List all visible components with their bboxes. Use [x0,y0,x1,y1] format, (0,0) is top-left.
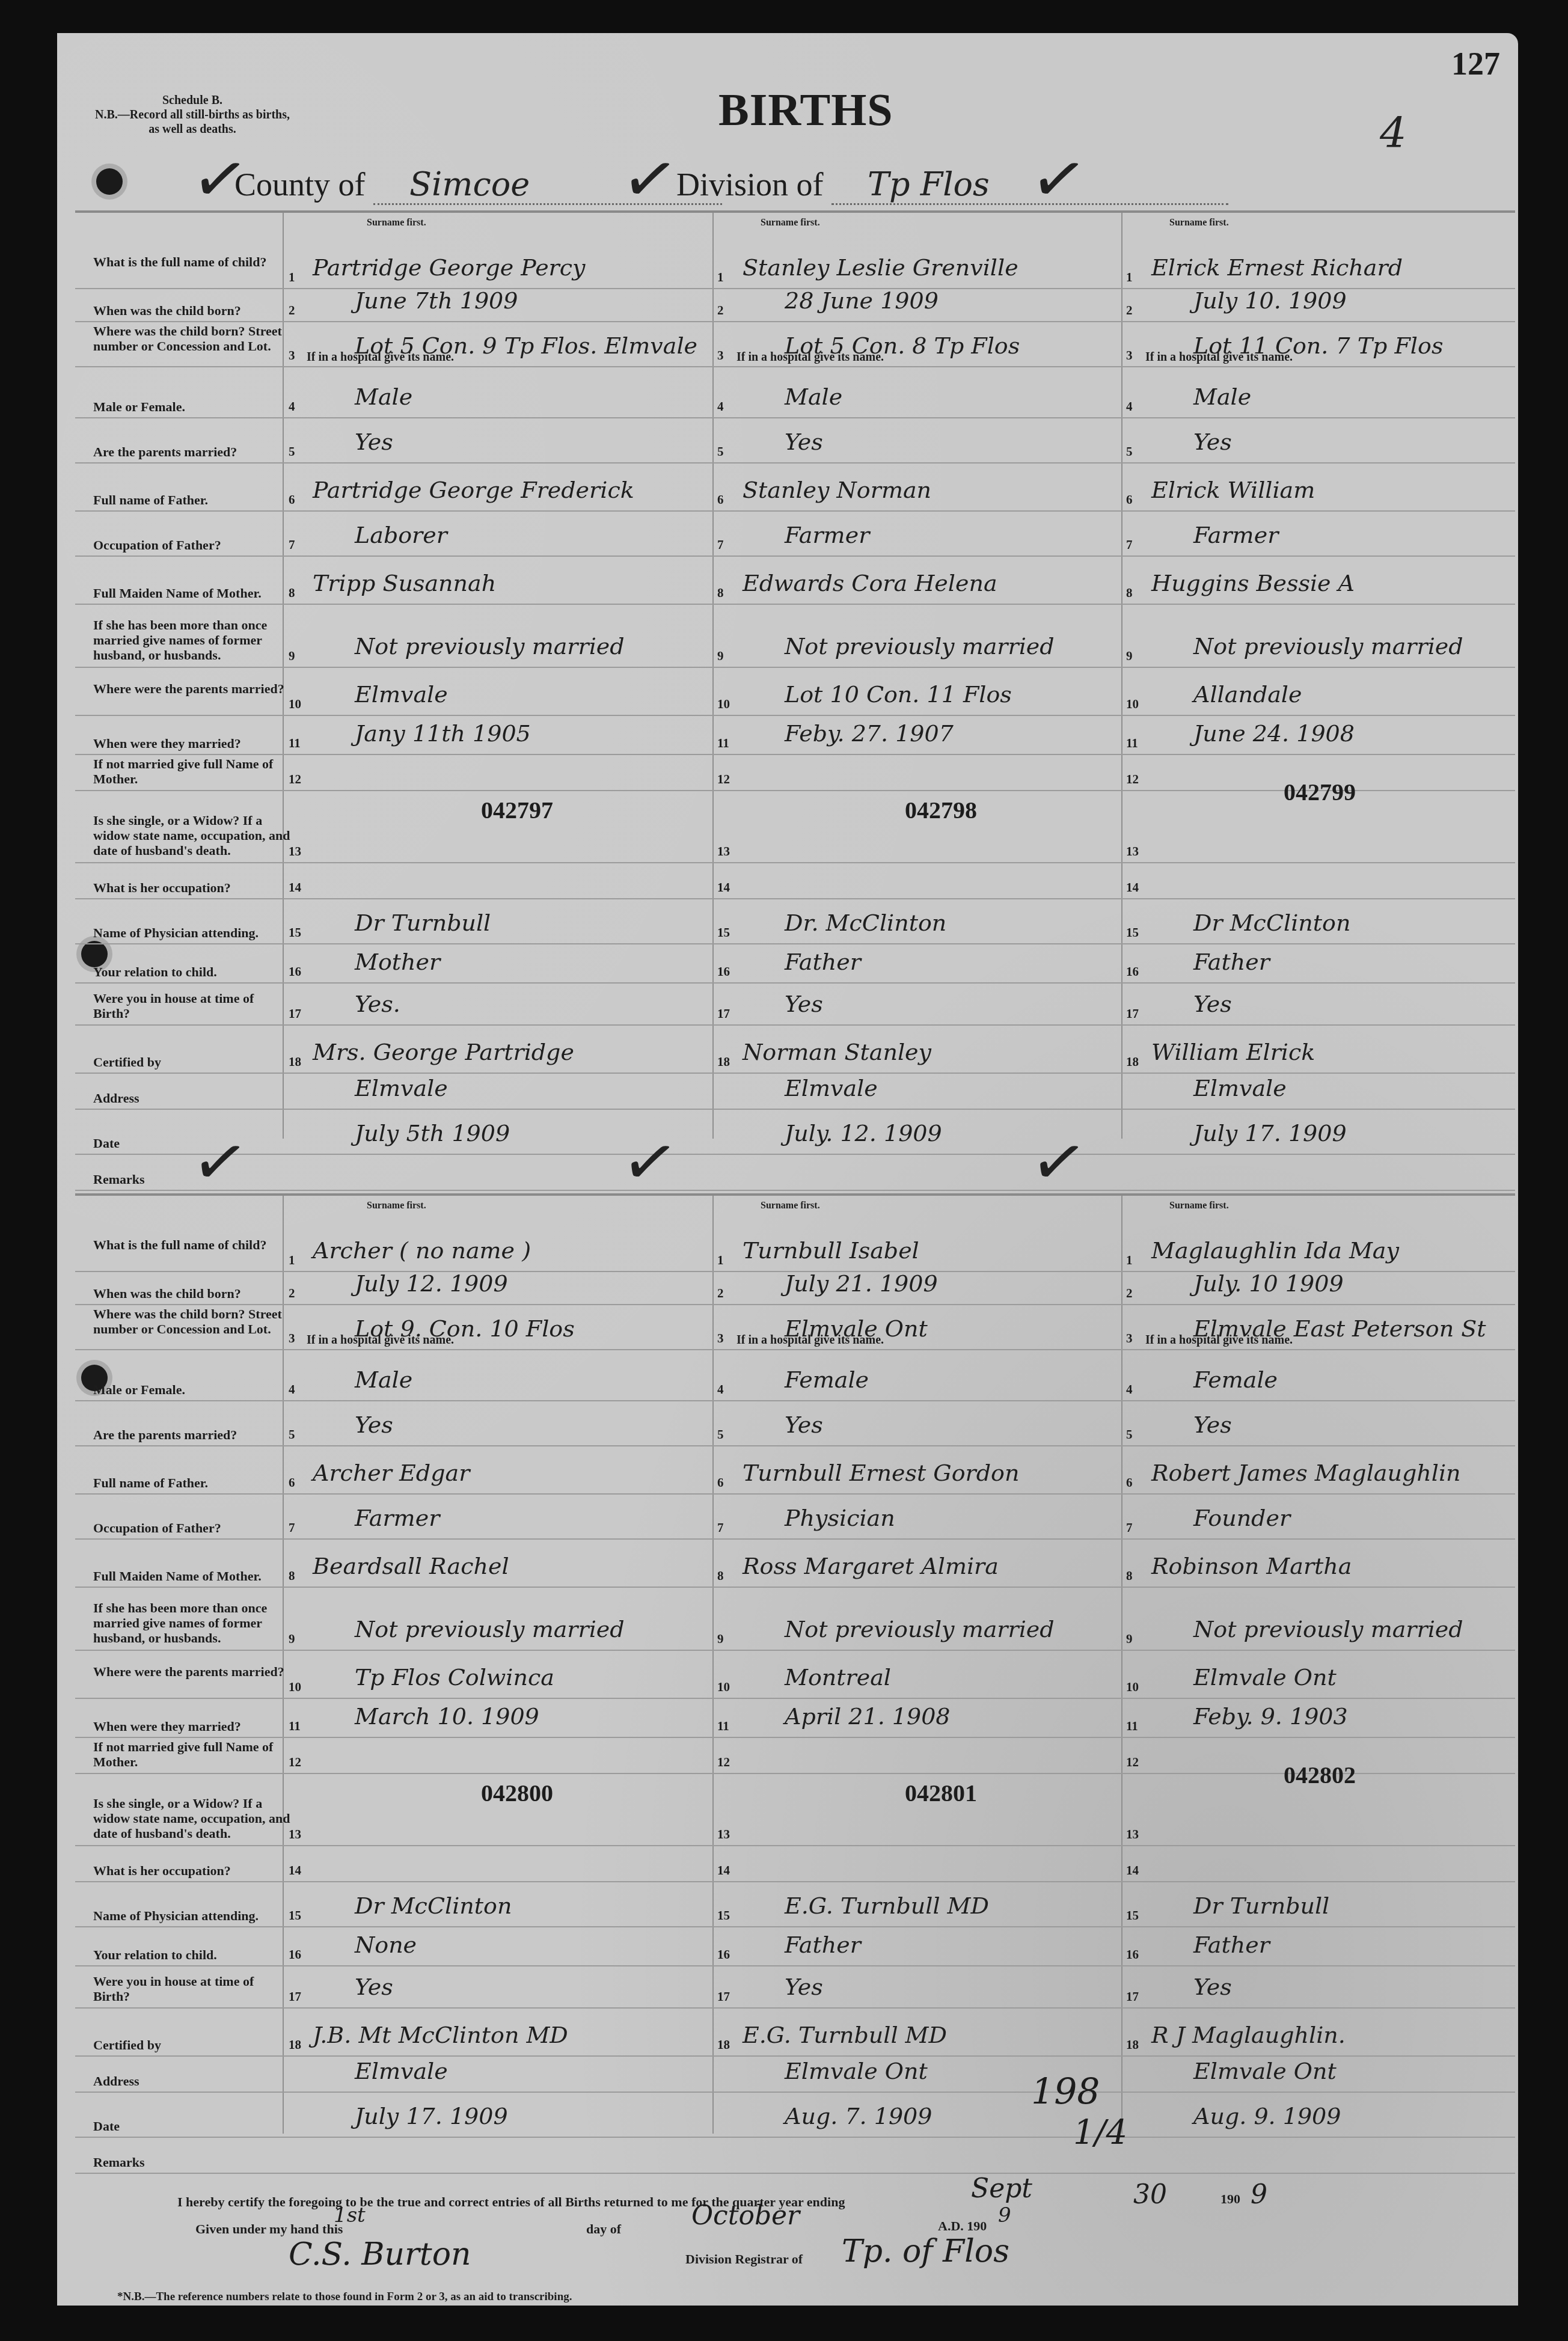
question-label: Full Maiden Name of Mother. [93,586,292,601]
row-number: 17 [289,1989,301,2004]
row-number: 1 [1126,270,1133,285]
entry-father: Robert James Maglaughlin [1151,1460,1461,1486]
form-row: DateJuly 17. 1909Aug. 7. 1909Aug. 9. 190… [75,2092,1515,2138]
row-number: 2 [717,303,724,318]
row-number: 13 [1126,1827,1139,1842]
row-number: 18 [289,2037,301,2052]
entry-marriage-place: Elmvale Ont [1193,1664,1337,1691]
entry-address: Elmvale Ont [785,2058,928,2084]
entry-in-house: Yes [785,991,823,1017]
question-label: Date [93,2119,292,2134]
entry-sex: Male [1193,384,1251,410]
page-number: 127 [1451,45,1500,82]
row-number: 12 [289,1755,301,1770]
row-number: 3 [1126,348,1133,363]
division-label: Division of [676,167,824,203]
entry-marriage-place: Lot 10 Con. 11 Flos [785,681,1012,708]
page-title: BIRTHS [718,84,893,136]
row-number: 9 [289,649,295,664]
row-number: 5 [1126,444,1133,459]
quarter-year-prefix: 190 [1220,2191,1240,2207]
question-label: Are the parents married? [93,444,292,459]
form-row: Are the parents married?5Yes5Yes5Yes [75,1400,1515,1446]
row-number: 9 [1126,649,1133,664]
entry-parents-married: Yes [785,429,823,455]
entry-father: Stanley Norman [743,477,931,503]
form-row: Remarks [75,2137,1515,2174]
question-label: Occupation of Father? [93,1520,292,1535]
form-row: Name of Physician attending.15Dr Turnbul… [75,898,1515,944]
form-row: Were you in house at time of Birth?17Yes… [75,1965,1515,2009]
row-number: 3 [289,348,295,363]
row-number: 18 [1126,1054,1139,1070]
entry-in-house: Yes [355,1974,393,2000]
question-label: Full name of Father. [93,492,292,507]
entry-parents-married: Yes [785,1412,823,1438]
row-number: 10 [1126,697,1139,712]
entry-relation: Father [785,949,861,975]
row-number: 11 [1126,1719,1138,1734]
row-number: 6 [717,1475,724,1490]
row-number: 7 [289,537,295,552]
row-number: 5 [717,1427,724,1442]
entry-relation: Mother [355,949,440,975]
form-row: If she has been more than once married g… [75,604,1515,668]
form-row: Is she single, or a Widow? If a widow st… [75,790,1515,863]
form-row: Where was the child born? Street number … [75,1304,1515,1350]
tally-fraction: 1/4 [1073,2113,1127,2152]
row-number: 8 [289,586,295,601]
row-number: 8 [1126,586,1133,601]
entry-sex: Male [355,384,412,410]
hospital-hint: If in a hospital give its name. [307,1333,454,1347]
entry-sex: Female [1193,1366,1278,1393]
row-number: 16 [1126,1947,1139,1962]
row-number: 12 [1126,1755,1139,1770]
row-number: 12 [1126,772,1139,787]
row-number: 2 [289,1286,295,1301]
entries-block-bottom: Surname first.Surname first.Surname firs… [75,1193,1515,2134]
row-number: 17 [717,1989,730,2004]
row-number: 1 [1126,1253,1133,1268]
row-number: 2 [289,303,295,318]
entry-parents-married: Yes [1193,429,1232,455]
row-number: 8 [717,586,724,601]
tally-count: 198 [1031,2071,1100,2113]
question-label: Occupation of Father? [93,537,292,552]
reference-number: 042802 [1284,1761,1356,1789]
form-row: AddressElmvaleElmvaleElmvale [75,1073,1515,1110]
row-number: 14 [1126,880,1139,895]
row-number: 6 [289,492,295,507]
tally-mark: 1981/4 [1031,2071,1127,2152]
form-row: AddressElmvaleElmvale OntElmvale Ont [75,2055,1515,2093]
form-row: DateJuly 5th 1909July. 12. 1909July 17. … [75,1109,1515,1155]
row-number: 13 [717,1827,730,1842]
entry-relation: None [355,1932,417,1958]
entry-child-name: Elrick Ernest Richard [1151,254,1403,281]
entry-in-house: Yes [785,1974,823,2000]
entry-sex: Male [785,384,842,410]
entry-date: July 5th 1909 [355,1120,510,1146]
registrar-signature: C.S. Burton [289,2236,471,2272]
entry-father: Archer Edgar [313,1460,470,1486]
hospital-hint: If in a hospital give its name. [737,1333,884,1347]
entry-born-date: 28 June 1909 [785,287,939,314]
entry-address: Elmvale [1193,1075,1287,1101]
row-number: 6 [289,1475,295,1490]
row-number: 16 [717,1947,730,1962]
form-row: Certified by18J.B. Mt McClinton MD18E.G.… [75,2007,1515,2057]
surname-first-hint: Surname first. [367,1201,426,1211]
question-label: Male or Female. [93,1382,292,1397]
surname-first-hint: Surname first. [761,1201,820,1211]
row-number: 9 [289,1632,295,1647]
form-row: Full name of Father.6Archer Edgar6Turnbu… [75,1445,1515,1495]
row-number: 11 [1126,736,1138,751]
entry-parents-married: Yes [1193,1412,1232,1438]
form-row: When was the child born?2June 7th 190922… [75,288,1515,322]
question-label: Where were the parents married? [93,681,292,696]
question-label: Full name of Father. [93,1475,292,1490]
form-row: Certified by18Mrs. George Partridge18Nor… [75,1024,1515,1074]
row-number: 8 [717,1568,724,1584]
row-number: 18 [717,2037,730,2052]
ad-label: A.D. 190 [938,2218,987,2234]
punch-hole [96,168,123,195]
row-number: 4 [717,399,724,414]
form-row: When were they married?11Jany 11th 19051… [75,715,1515,755]
row-number: 10 [1126,1680,1139,1695]
row-number: 18 [717,1054,730,1070]
form-row: Are the parents married?5Yes5Yes5Yes [75,417,1515,464]
question-label: Where was the child born? Street number … [93,1306,292,1336]
entry-former-husbands: Not previously married [1193,633,1463,659]
entry-certified-by: E.G. Turnbull MD [743,2022,947,2048]
surname-first-hint: Surname first. [1169,1201,1229,1211]
entry-marriage-place: Allandale [1193,681,1302,708]
row-number: 16 [717,964,730,979]
registrar-division: Tp. of Flos [842,2233,1009,2269]
row-number: 11 [717,1719,729,1734]
schedule-label: Schedule B. [93,93,292,108]
row-number: 1 [289,270,295,285]
row-number: 16 [289,1947,301,1962]
reference-number: 042798 [905,796,977,824]
entry-physician: Dr McClinton [1193,910,1350,936]
entry-marriage-place: Elmvale [355,681,448,708]
entry-address: Elmvale Ont [1193,2058,1337,2084]
row-number: 5 [289,1427,295,1442]
question-label: What is the full name of child? [93,1237,292,1252]
row-number: 13 [289,844,301,859]
question-label: Your relation to child. [93,1947,292,1962]
entry-child-name: Stanley Leslie Grenville [743,254,1018,281]
form-row: When was the child born?2July 12. 19092J… [75,1271,1515,1305]
question-label: What is her occupation? [93,880,292,895]
row-number: 11 [289,1719,301,1734]
entry-marriage-place: Montreal [785,1664,891,1691]
form-row: What is her occupation?141414 [75,862,1515,899]
ad-year-suffix: 9 [998,2203,1011,2227]
row-number: 9 [1126,1632,1133,1647]
entries-block-top: Surname first.Surname first.Surname firs… [75,210,1515,1139]
checkmark-icon: ✓ [186,136,254,222]
question-label: Full Maiden Name of Mother. [93,1568,292,1584]
row-number: 12 [289,772,301,787]
entry-born-date: July. 10 1909 [1193,1270,1344,1297]
row-number: 15 [717,925,730,940]
entry-child-name: Archer ( no name ) [313,1237,531,1264]
row-number: 5 [717,444,724,459]
row-number: 2 [1126,1286,1133,1301]
entry-mother-maiden: Huggins Bessie A [1151,570,1355,596]
row-number: 10 [289,697,301,712]
form-row: Where were the parents married?10Elmvale… [75,667,1515,716]
entry-child-name: Turnbull Isabel [743,1237,919,1264]
entry-father-occupation: Farmer [1193,522,1278,548]
entry-sex: Female [785,1366,869,1393]
question-label: Certified by [93,2037,292,2052]
surname-first-hint: Surname first. [761,218,820,228]
form-row: Full name of Father.6Partridge George Fr… [75,462,1515,512]
form-row: Occupation of Father?7Farmer7Physician7F… [75,1493,1515,1540]
surname-first-hint: Surname first. [1169,218,1229,228]
question-label: If not married give full Name of Mother. [93,1739,292,1769]
entry-mother-maiden: Ross Margaret Almira [743,1553,999,1579]
reference-number: 042799 [1284,778,1356,806]
county-label: County of [234,167,366,203]
entry-date: July 17. 1909 [1193,1120,1347,1146]
row-number: 3 [289,1331,295,1346]
registrar-label: Division Registrar of [685,2251,803,2267]
question-label: When was the child born? [93,303,292,318]
entry-certified-by: J.B. Mt McClinton MD [313,2022,568,2048]
form-row: Were you in house at time of Birth?17Yes… [75,982,1515,1026]
entry-former-husbands: Not previously married [785,1616,1055,1642]
entry-address: Elmvale [355,2058,448,2084]
form-row: Where were the parents married?10Tp Flos… [75,1650,1515,1699]
given-text: Given under my hand this [195,2221,343,2237]
row-number: 10 [717,697,730,712]
form-row: Your relation to child.16None16Father16F… [75,1926,1515,1966]
row-number: 11 [289,736,301,751]
question-label: If not married give full Name of Mother. [93,756,292,786]
row-number: 17 [289,1006,301,1021]
given-month: October [691,2200,800,2231]
entry-child-name: Partridge George Percy [313,254,586,281]
row-number: 8 [289,1568,295,1584]
form-row: Name of Physician attending.15Dr McClint… [75,1881,1515,1927]
entry-former-husbands: Not previously married [355,633,625,659]
row-number: 13 [1126,844,1139,859]
row-number: 14 [289,880,301,895]
row-number: 4 [1126,1382,1133,1397]
row-number: 1 [717,1253,724,1268]
entry-date: July 17. 1909 [355,2103,508,2129]
checkmark-icon: ✓ [1025,136,1093,222]
entry-father-occupation: Farmer [785,522,869,548]
entry-in-house: Yes [1193,991,1232,1017]
row-number: 15 [1126,1908,1139,1923]
entry-relation: Father [785,1932,861,1958]
form-row: Male or Female.4Male4Female4Female [75,1349,1515,1401]
entry-mother-maiden: Edwards Cora Helena [743,570,997,596]
row-number: 1 [717,270,724,285]
hospital-hint: If in a hospital give its name. [1145,350,1293,364]
checkmark-icon: ✓ [616,136,684,222]
row-number: 1 [289,1253,295,1268]
form-row: What is the full name of child?1Partridg… [75,231,1515,289]
entry-marriage-date: Feby. 27. 1907 [785,720,954,747]
row-number: 5 [1126,1427,1133,1442]
entry-born-date: July 12. 1909 [355,1270,508,1297]
entry-former-husbands: Not previously married [785,633,1055,659]
row-number: 4 [717,1382,724,1397]
row-number: 8 [1126,1568,1133,1584]
row-number: 15 [289,925,301,940]
row-number: 9 [717,1632,724,1647]
entry-marriage-date: March 10. 1909 [355,1703,539,1730]
question-label: Were you in house at time of Birth? [93,1974,292,2004]
form-row: Where was the child born? Street number … [75,321,1515,367]
entry-father-occupation: Physician [785,1505,895,1531]
entry-mother-maiden: Tripp Susannah [313,570,496,596]
entry-date: Aug. 7. 1909 [785,2103,932,2129]
entry-physician: Dr McClinton [355,1893,512,1919]
question-label: If she has been more than once married g… [93,1600,292,1645]
entry-relation: Father [1193,1932,1270,1958]
schedule-note: Schedule B. N.B.—Record all still-births… [93,93,292,136]
row-number: 14 [717,1863,730,1878]
row-number: 14 [717,880,730,895]
entry-certified-by: William Elrick [1151,1039,1315,1065]
question-label: Were you in house at time of Birth? [93,991,292,1021]
row-number: 14 [289,1863,301,1878]
entry-in-house: Yes. [355,991,400,1017]
row-number: 4 [1126,399,1133,414]
entry-born-date: June 7th 1909 [355,287,518,314]
question-label: Where was the child born? Street number … [93,323,292,353]
question-label: Certified by [93,1054,292,1070]
row-number: 11 [717,736,729,751]
row-number: 2 [1126,303,1133,318]
surname-first-hint: Surname first. [367,218,426,228]
row-number: 14 [1126,1863,1139,1878]
entry-marriage-date: April 21. 1908 [785,1703,951,1730]
entry-marriage-date: June 24. 1908 [1193,720,1355,747]
form-row: Full Maiden Name of Mother.8Beardsall Ra… [75,1538,1515,1588]
form-row: What is the full name of child?1Archer (… [75,1214,1515,1272]
entry-relation: Father [1193,949,1270,975]
row-number: 10 [289,1680,301,1695]
row-number: 5 [289,444,295,459]
corner-mark: 4 [1380,108,1407,158]
row-number: 7 [717,537,724,552]
row-number: 18 [1126,2037,1139,2052]
entry-address: Elmvale [355,1075,448,1101]
row-number: 15 [1126,925,1139,940]
question-label: Remarks [93,2155,292,2170]
entry-certified-by: Mrs. George Partridge [313,1039,574,1065]
hospital-hint: If in a hospital give its name. [307,350,454,364]
entry-physician: E.G. Turnbull MD [785,1893,989,1919]
division-field: Division of Tp Flos [676,165,1228,205]
quarter-year-suffix: 9 [1251,2179,1267,2210]
quarter-month: Sept [971,2173,1032,2204]
question-label: If she has been more than once married g… [93,617,292,663]
entry-mother-maiden: Robinson Martha [1151,1553,1352,1579]
question-label: Name of Physician attending. [93,1908,292,1923]
form-row: Male or Female.4Male4Male4Male [75,366,1515,418]
row-number: 7 [1126,1520,1133,1535]
question-label: Name of Physician attending. [93,925,292,940]
row-number: 9 [717,649,724,664]
row-number: 17 [1126,1006,1139,1021]
row-number: 18 [289,1054,301,1070]
entry-father: Elrick William [1151,477,1315,503]
question-label: Your relation to child. [93,964,292,979]
entry-date: July. 12. 1909 [785,1120,942,1146]
form-row: Occupation of Father?7Laborer7Farmer7Far… [75,510,1515,557]
entry-father-occupation: Farmer [355,1505,439,1531]
reference-number: 042800 [481,1779,553,1807]
question-label: Male or Female. [93,399,292,414]
row-number: 15 [717,1908,730,1923]
row-number: 17 [1126,1989,1139,2004]
question-label: Is she single, or a Widow? If a widow st… [93,1796,292,1841]
row-number: 12 [717,772,730,787]
question-label: Is she single, or a Widow? If a widow st… [93,813,292,858]
question-label: Address [93,1091,292,1106]
row-number: 3 [717,1331,724,1346]
row-number: 12 [717,1755,730,1770]
entry-sex: Male [355,1366,412,1393]
question-label: What is the full name of child? [93,254,292,269]
form-row: What is her occupation?141414 [75,1845,1515,1882]
entry-born-date: July 21. 1909 [785,1270,938,1297]
row-number: 13 [717,844,730,859]
row-number: 13 [289,1827,301,1842]
question-label: When were they married? [93,1719,292,1734]
form-row: Is she single, or a Widow? If a widow st… [75,1773,1515,1846]
row-number: 6 [717,492,724,507]
row-number: 17 [717,1006,730,1021]
form-row: Your relation to child.16Mother16Father1… [75,943,1515,984]
entry-certified-by: Norman Stanley [743,1039,931,1065]
entry-former-husbands: Not previously married [1193,1616,1463,1642]
entry-father: Turnbull Ernest Gordon [743,1460,1019,1486]
row-number: 6 [1126,492,1133,507]
form-row: Remarks [75,1154,1515,1191]
entry-marriage-date: Feby. 9. 1903 [1193,1703,1348,1730]
hospital-hint: If in a hospital give its name. [1145,1333,1293,1347]
entry-father: Partridge George Frederick [313,477,634,503]
stillbirth-note: N.B.—Record all still-births as births, … [93,108,292,136]
entry-address: Elmvale [785,1075,878,1101]
reference-number: 042801 [905,1779,977,1807]
entry-parents-married: Yes [355,1412,393,1438]
question-label: Are the parents married? [93,1427,292,1442]
entry-father-occupation: Laborer [355,522,447,548]
entry-marriage-date: Jany 11th 1905 [355,720,531,747]
row-number: 10 [717,1680,730,1695]
form-row: Full Maiden Name of Mother.8Tripp Susann… [75,555,1515,605]
row-number: 3 [717,348,724,363]
row-number: 2 [717,1286,724,1301]
question-label: Where were the parents married? [93,1664,292,1679]
quarter-day: 30 [1133,2179,1167,2210]
